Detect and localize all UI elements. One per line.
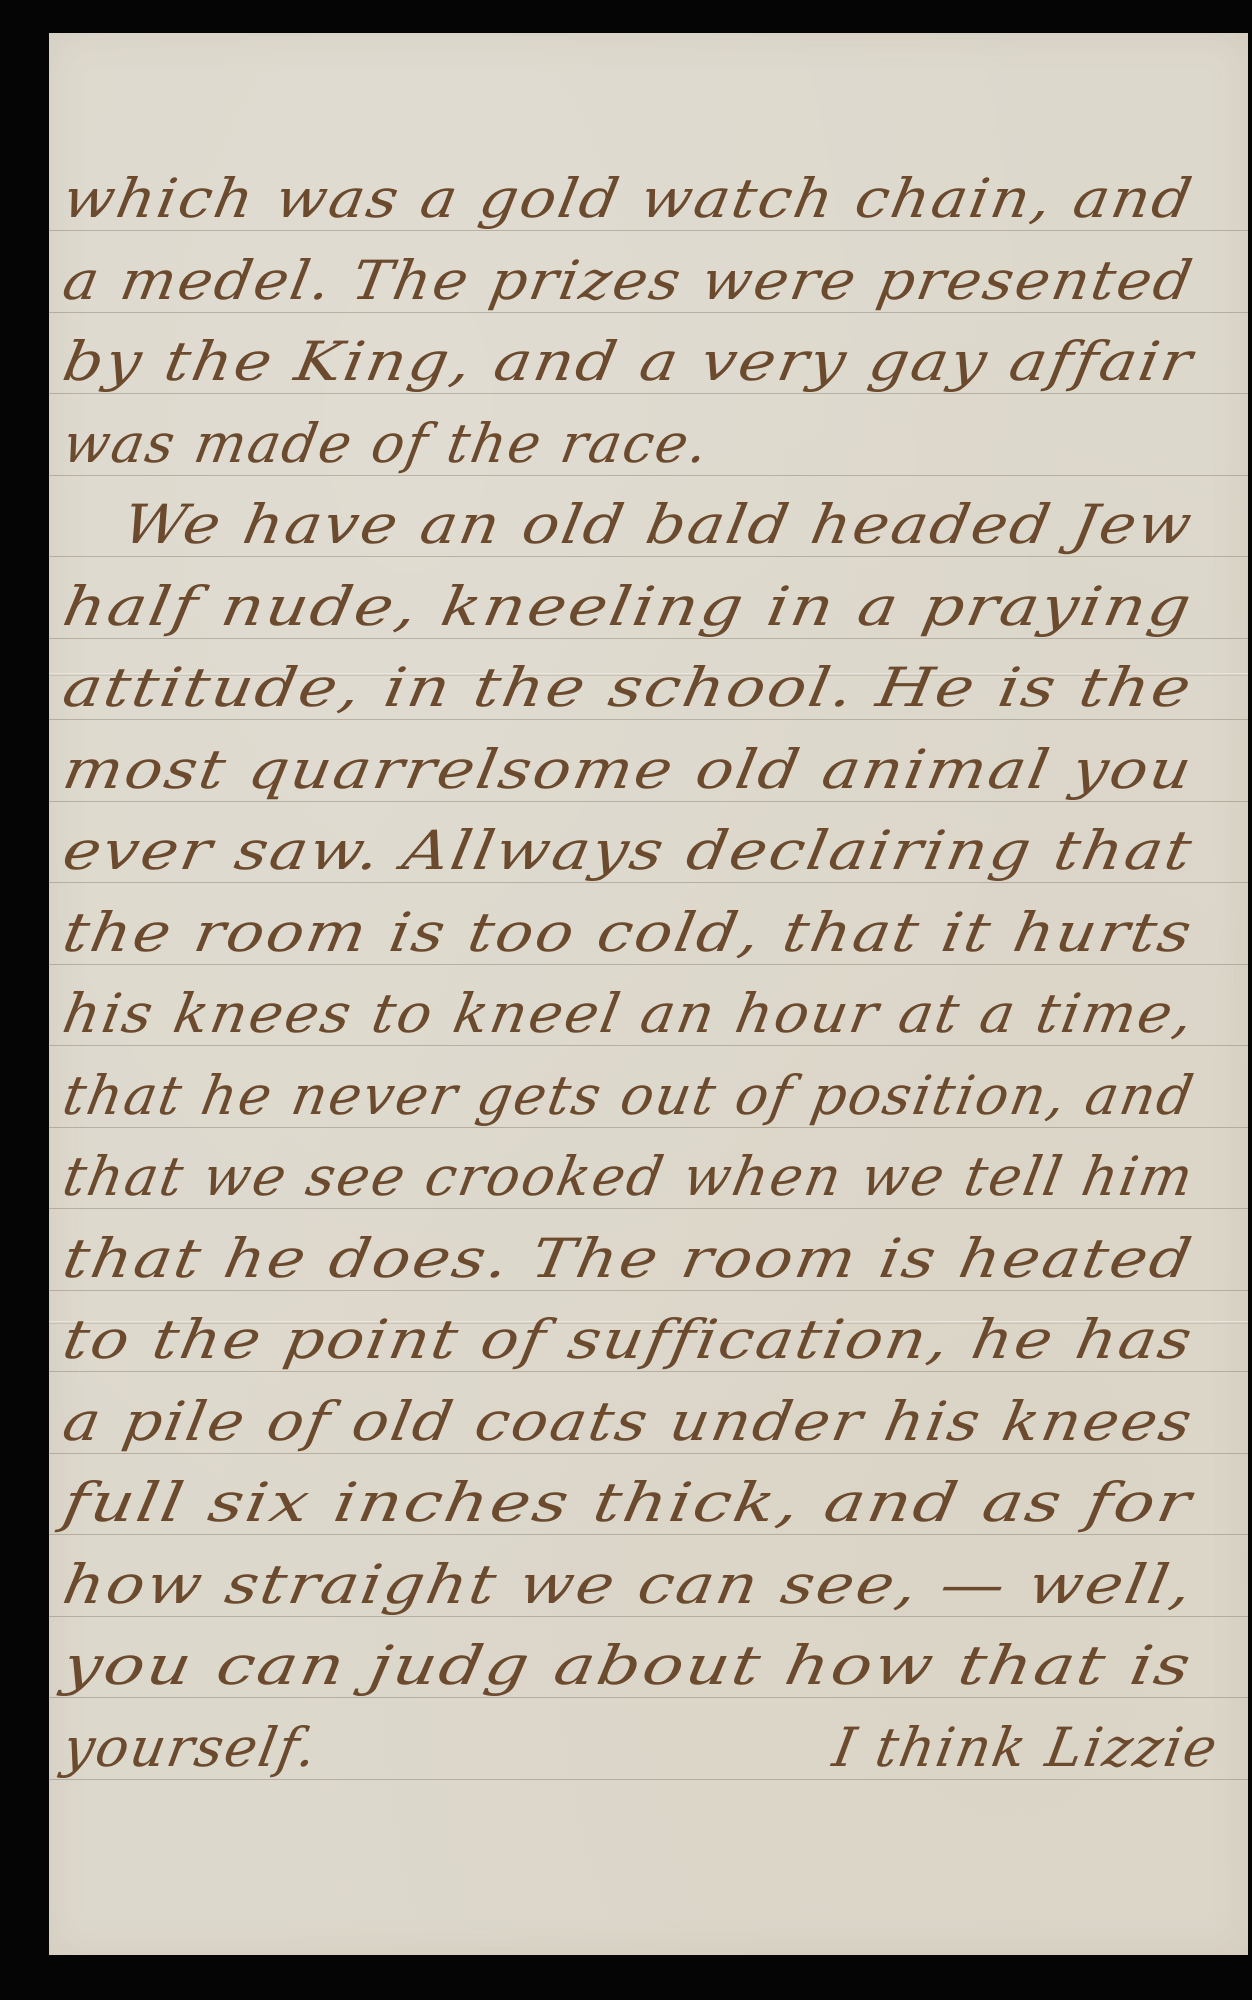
text-line: how straight we can see, — well,: [49, 1536, 1248, 1616]
handwritten-line: was made of the race.: [59, 417, 714, 471]
handwritten-line: ever saw. Allways declairing that: [59, 824, 1198, 878]
text-line: half nude, kneeling in a praying: [49, 558, 1248, 638]
handwritten-line: to the point of suffication, he has: [59, 1313, 1198, 1367]
ruled-line: [49, 1371, 1248, 1372]
text-line: which was a gold watch chain, and: [49, 150, 1248, 230]
ruled-line: [49, 393, 1248, 394]
text-line: the room is too cold, that it hurts: [49, 884, 1248, 964]
ruled-line: [49, 1534, 1248, 1535]
text-line: was made of the race.: [49, 395, 1248, 475]
text-line: by the King, and a very gay affair: [49, 313, 1248, 393]
text-line: you can judg about how that is: [49, 1617, 1248, 1697]
text-line: ever saw. Allways declairing that: [49, 802, 1248, 882]
handwritten-line: a medel. The prizes were presented: [59, 254, 1198, 308]
handwritten-line: that he never gets out of position, and: [59, 1069, 1199, 1123]
handwritten-line: attitude, in the school. He is the: [59, 661, 1197, 715]
closing-line: yourself. I think Lizzie: [49, 1699, 1248, 1779]
text-line: that he never gets out of position, and: [49, 1047, 1248, 1127]
handwritten-line: you can judg about how that is: [59, 1639, 1197, 1693]
handwritten-line: full six inches thick, and as for: [59, 1476, 1197, 1530]
handwritten-line: half nude, kneeling in a praying: [59, 580, 1197, 634]
ruled-line: [49, 1045, 1248, 1046]
letter-page: which was a gold watch chain, anda medel…: [49, 33, 1248, 1955]
text-line: most quarrelsome old animal you: [49, 721, 1248, 801]
handwritten-line: that we see crooked when we tell him: [59, 1150, 1199, 1204]
text-line: to the point of suffication, he has: [49, 1291, 1248, 1371]
ruled-line: [49, 1697, 1248, 1698]
handwritten-line: how straight we can see, — well,: [59, 1558, 1198, 1612]
handwritten-line: by the King, and a very gay affair: [59, 335, 1198, 389]
ruled-line: [49, 556, 1248, 557]
text-line: attitude, in the school. He is the: [49, 639, 1248, 719]
handwritten-line: which was a gold watch chain, and: [59, 172, 1198, 226]
handwritten-line: We have an old bald headed Jew: [119, 498, 1198, 552]
handwritten-line: that he does. The room is heated: [59, 1232, 1198, 1286]
closing-text: yourself.: [59, 1721, 322, 1775]
ruled-line: [49, 1208, 1248, 1209]
ruled-line: [49, 882, 1248, 883]
signature: I think Lizzie: [829, 1721, 1223, 1775]
ruled-line: [49, 230, 1248, 231]
handwritten-line: a pile of old coats under his knees: [59, 1395, 1198, 1449]
text-line: We have an old bald headed Jew: [49, 476, 1248, 556]
text-line: that we see crooked when we tell him: [49, 1128, 1248, 1208]
handwritten-line: most quarrelsome old animal you: [59, 743, 1198, 797]
handwritten-line: his knees to kneel an hour at a time,: [59, 987, 1199, 1041]
ruled-line: [49, 1779, 1248, 1780]
text-line: a pile of old coats under his knees: [49, 1373, 1248, 1453]
text-line: a medel. The prizes were presented: [49, 232, 1248, 312]
ruled-line: [49, 719, 1248, 720]
text-line: that he does. The room is heated: [49, 1210, 1248, 1290]
text-line: his knees to kneel an hour at a time,: [49, 965, 1248, 1045]
handwritten-line: the room is too cold, that it hurts: [59, 906, 1197, 960]
text-line: full six inches thick, and as for: [49, 1454, 1248, 1534]
